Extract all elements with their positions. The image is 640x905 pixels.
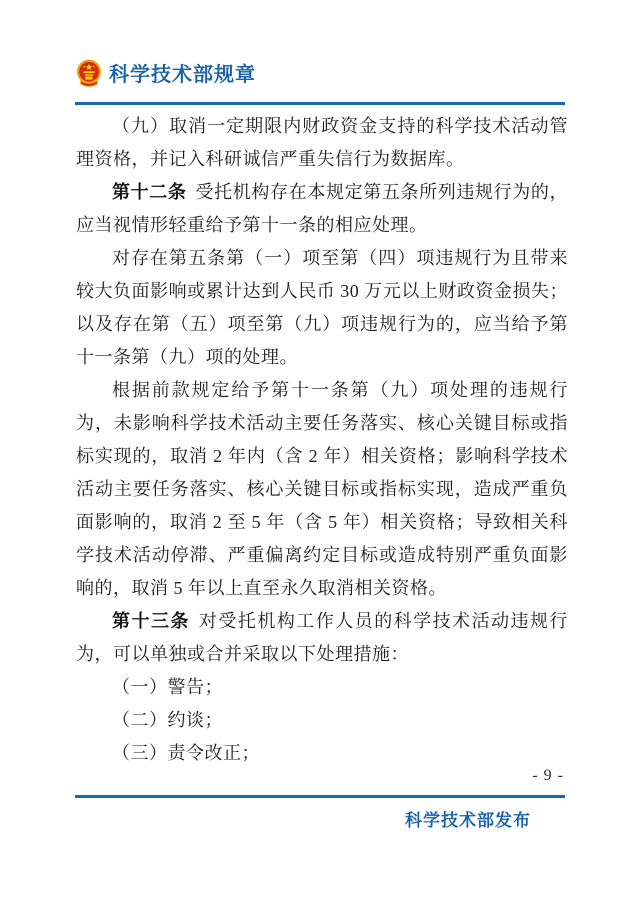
page-title: 科学技术部规章 (109, 58, 256, 87)
national-emblem-icon (75, 59, 103, 87)
publisher-line: 科学技术部发布 (75, 806, 531, 831)
document-body: （九）取消一定期限内财政资金支持的科学技术活动管理资格，并记入科研诚信严重失信行… (76, 110, 568, 770)
article-number: 第十二条 (112, 182, 187, 202)
footer-rule (75, 795, 565, 798)
paragraph-text: 根据前款规定给予第十一条第（九）项处理的违规行为，未影响科学技术活动主要任务落实… (76, 380, 568, 598)
list-item: （一）警告； (76, 671, 568, 704)
paragraph-text: （九）取消一定期限内财政资金支持的科学技术活动管理资格，并记入科研诚信严重失信行… (76, 116, 568, 169)
paragraph: 第十三条对受托机构工作人员的科学技术活动违规行为，可以单独或合并采取以下处理措施… (76, 605, 568, 671)
page-number: - 9 - (75, 767, 564, 785)
list-item-text: （三）责令改正； (112, 743, 260, 763)
list-item: （三）责令改正； (76, 737, 568, 770)
document-header: 科学技术部规章 (75, 58, 565, 87)
list-item-text: （一）警告； (112, 677, 223, 697)
header-rule (75, 102, 565, 105)
article-number: 第十三条 (112, 611, 190, 631)
paragraph: 根据前款规定给予第十一条第（九）项处理的违规行为，未影响科学技术活动主要任务落实… (76, 374, 568, 605)
paragraph: 对存在第五条第（一）项至第（四）项违规行为且带来较大负面影响或累计达到人民币 3… (76, 242, 568, 374)
list-item-text: （二）约谈； (112, 710, 223, 730)
document-page: 科学技术部规章 （九）取消一定期限内财政资金支持的科学技术活动管理资格，并记入科… (0, 0, 640, 905)
list-item: （二）约谈； (76, 704, 568, 737)
paragraph-text: 对存在第五条第（一）项至第（四）项违规行为且带来较大负面影响或累计达到人民币 3… (76, 248, 568, 367)
paragraph: （九）取消一定期限内财政资金支持的科学技术活动管理资格，并记入科研诚信严重失信行… (76, 110, 568, 176)
paragraph: 第十二条受托机构存在本规定第五条所列违规行为的，应当视情形轻重给予第十一条的相应… (76, 176, 568, 242)
